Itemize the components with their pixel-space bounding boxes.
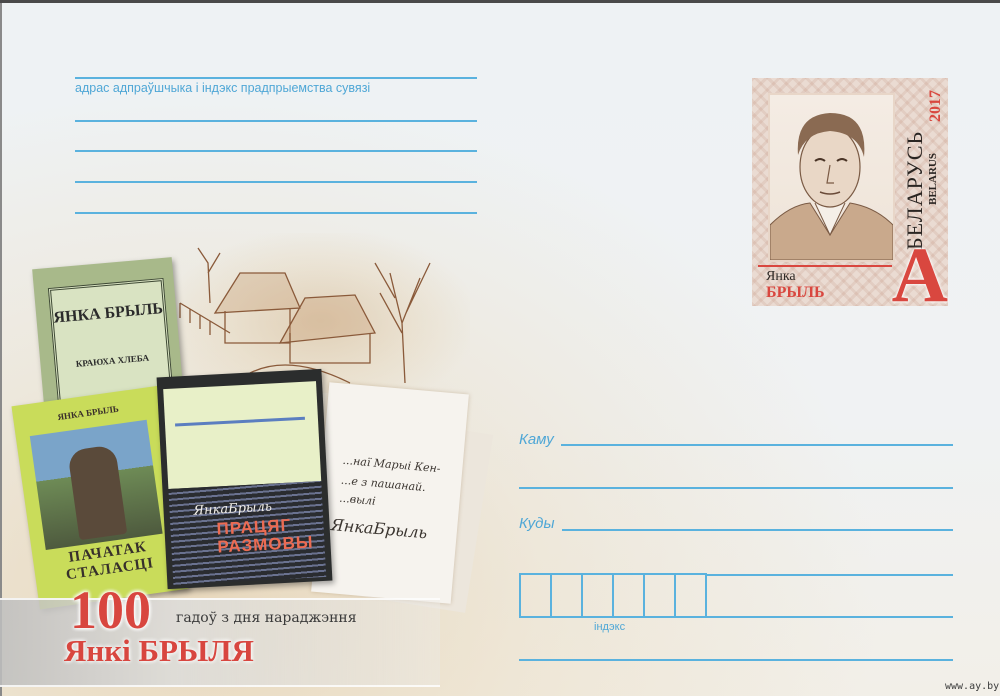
figure-icon	[67, 444, 127, 540]
index-digit-box[interactable]	[581, 573, 614, 618]
return-address-line	[75, 77, 477, 79]
postal-index-boxes[interactable]	[519, 573, 705, 618]
book-cover-art	[163, 381, 321, 489]
address-line[interactable]	[705, 616, 953, 618]
stamp-country-block: БЕЛАРУСЬ 2017 BELARUS	[902, 90, 952, 250]
book-pracyag-razmovy: ЯнкаБрыль ПРАЦЯГ РАЗМОВЫ	[157, 369, 333, 589]
book-cover-art	[30, 420, 163, 550]
stamp-country-latin: BELARUS	[927, 90, 939, 205]
to-label: Каму	[519, 431, 554, 448]
return-address-label: адрас адпраўшчыка і індэкс прадпрыемства…	[75, 81, 370, 95]
return-address-line[interactable]	[75, 120, 477, 122]
index-label: індэкс	[594, 621, 625, 633]
return-address-line[interactable]	[75, 181, 477, 183]
return-address-line[interactable]	[75, 212, 477, 214]
return-address-line[interactable]	[75, 150, 477, 152]
book-title: КРАЮХА ХЛЕБА	[57, 351, 168, 371]
address-line[interactable]	[705, 574, 953, 576]
book-author: ЯНКА БРЫЛЬ	[53, 301, 164, 327]
index-digit-box[interactable]	[612, 573, 645, 618]
envelope: адрас адпраўшчыка і індэкс прадпрыемства…	[0, 0, 1000, 696]
anniversary-text: гадоў з дня нараджэння	[176, 610, 357, 626]
stamp-first-name: Янка	[766, 269, 796, 285]
index-digit-box[interactable]	[643, 573, 676, 618]
address-line[interactable]	[519, 659, 953, 661]
book-ornament-frame: ЯНКА БРЫЛЬ КРАЮХА ХЛЕБА	[48, 278, 174, 404]
stamp-rate-letter: A	[892, 236, 948, 314]
index-digit-box[interactable]	[550, 573, 583, 618]
stamp-last-name: БРЫЛЬ	[766, 284, 825, 302]
handwritten-line: ...е з пашанай.	[340, 474, 426, 494]
anniversary-name: Янкі БРЫЛЯ	[64, 635, 254, 666]
stamp-country: БЕЛАРУСЬ	[902, 90, 928, 250]
to-line[interactable]	[561, 444, 953, 446]
book-title: ПРАЦЯГ РАЗМОВЫ	[216, 516, 308, 556]
signature: ЯнкаБрыль	[330, 515, 428, 542]
portrait-icon	[770, 95, 893, 260]
stamp-divider	[758, 265, 892, 267]
index-digit-box[interactable]	[519, 573, 552, 618]
where-line[interactable]	[562, 529, 953, 531]
anniversary-number: 100	[70, 583, 151, 637]
handwritten-line: ...наї Марыі Кен-	[342, 454, 441, 476]
portrait	[768, 93, 895, 262]
index-digit-box[interactable]	[674, 573, 707, 618]
commemorative-illustration: ...наї Марыі Кен- ...е з пашанай. ...выл…	[0, 223, 500, 696]
where-label: Куды	[519, 515, 555, 532]
handwritten-letter: ...наї Марыі Кен- ...е з пашанай. ...выл…	[311, 382, 469, 603]
watermark: www.ay.by	[945, 681, 999, 692]
handwritten-line: ...вылі	[339, 492, 376, 508]
to-line-2[interactable]	[519, 487, 953, 489]
postage-stamp: Янка БРЫЛЬ БЕЛАРУСЬ 2017 BELARUS A	[752, 78, 948, 306]
